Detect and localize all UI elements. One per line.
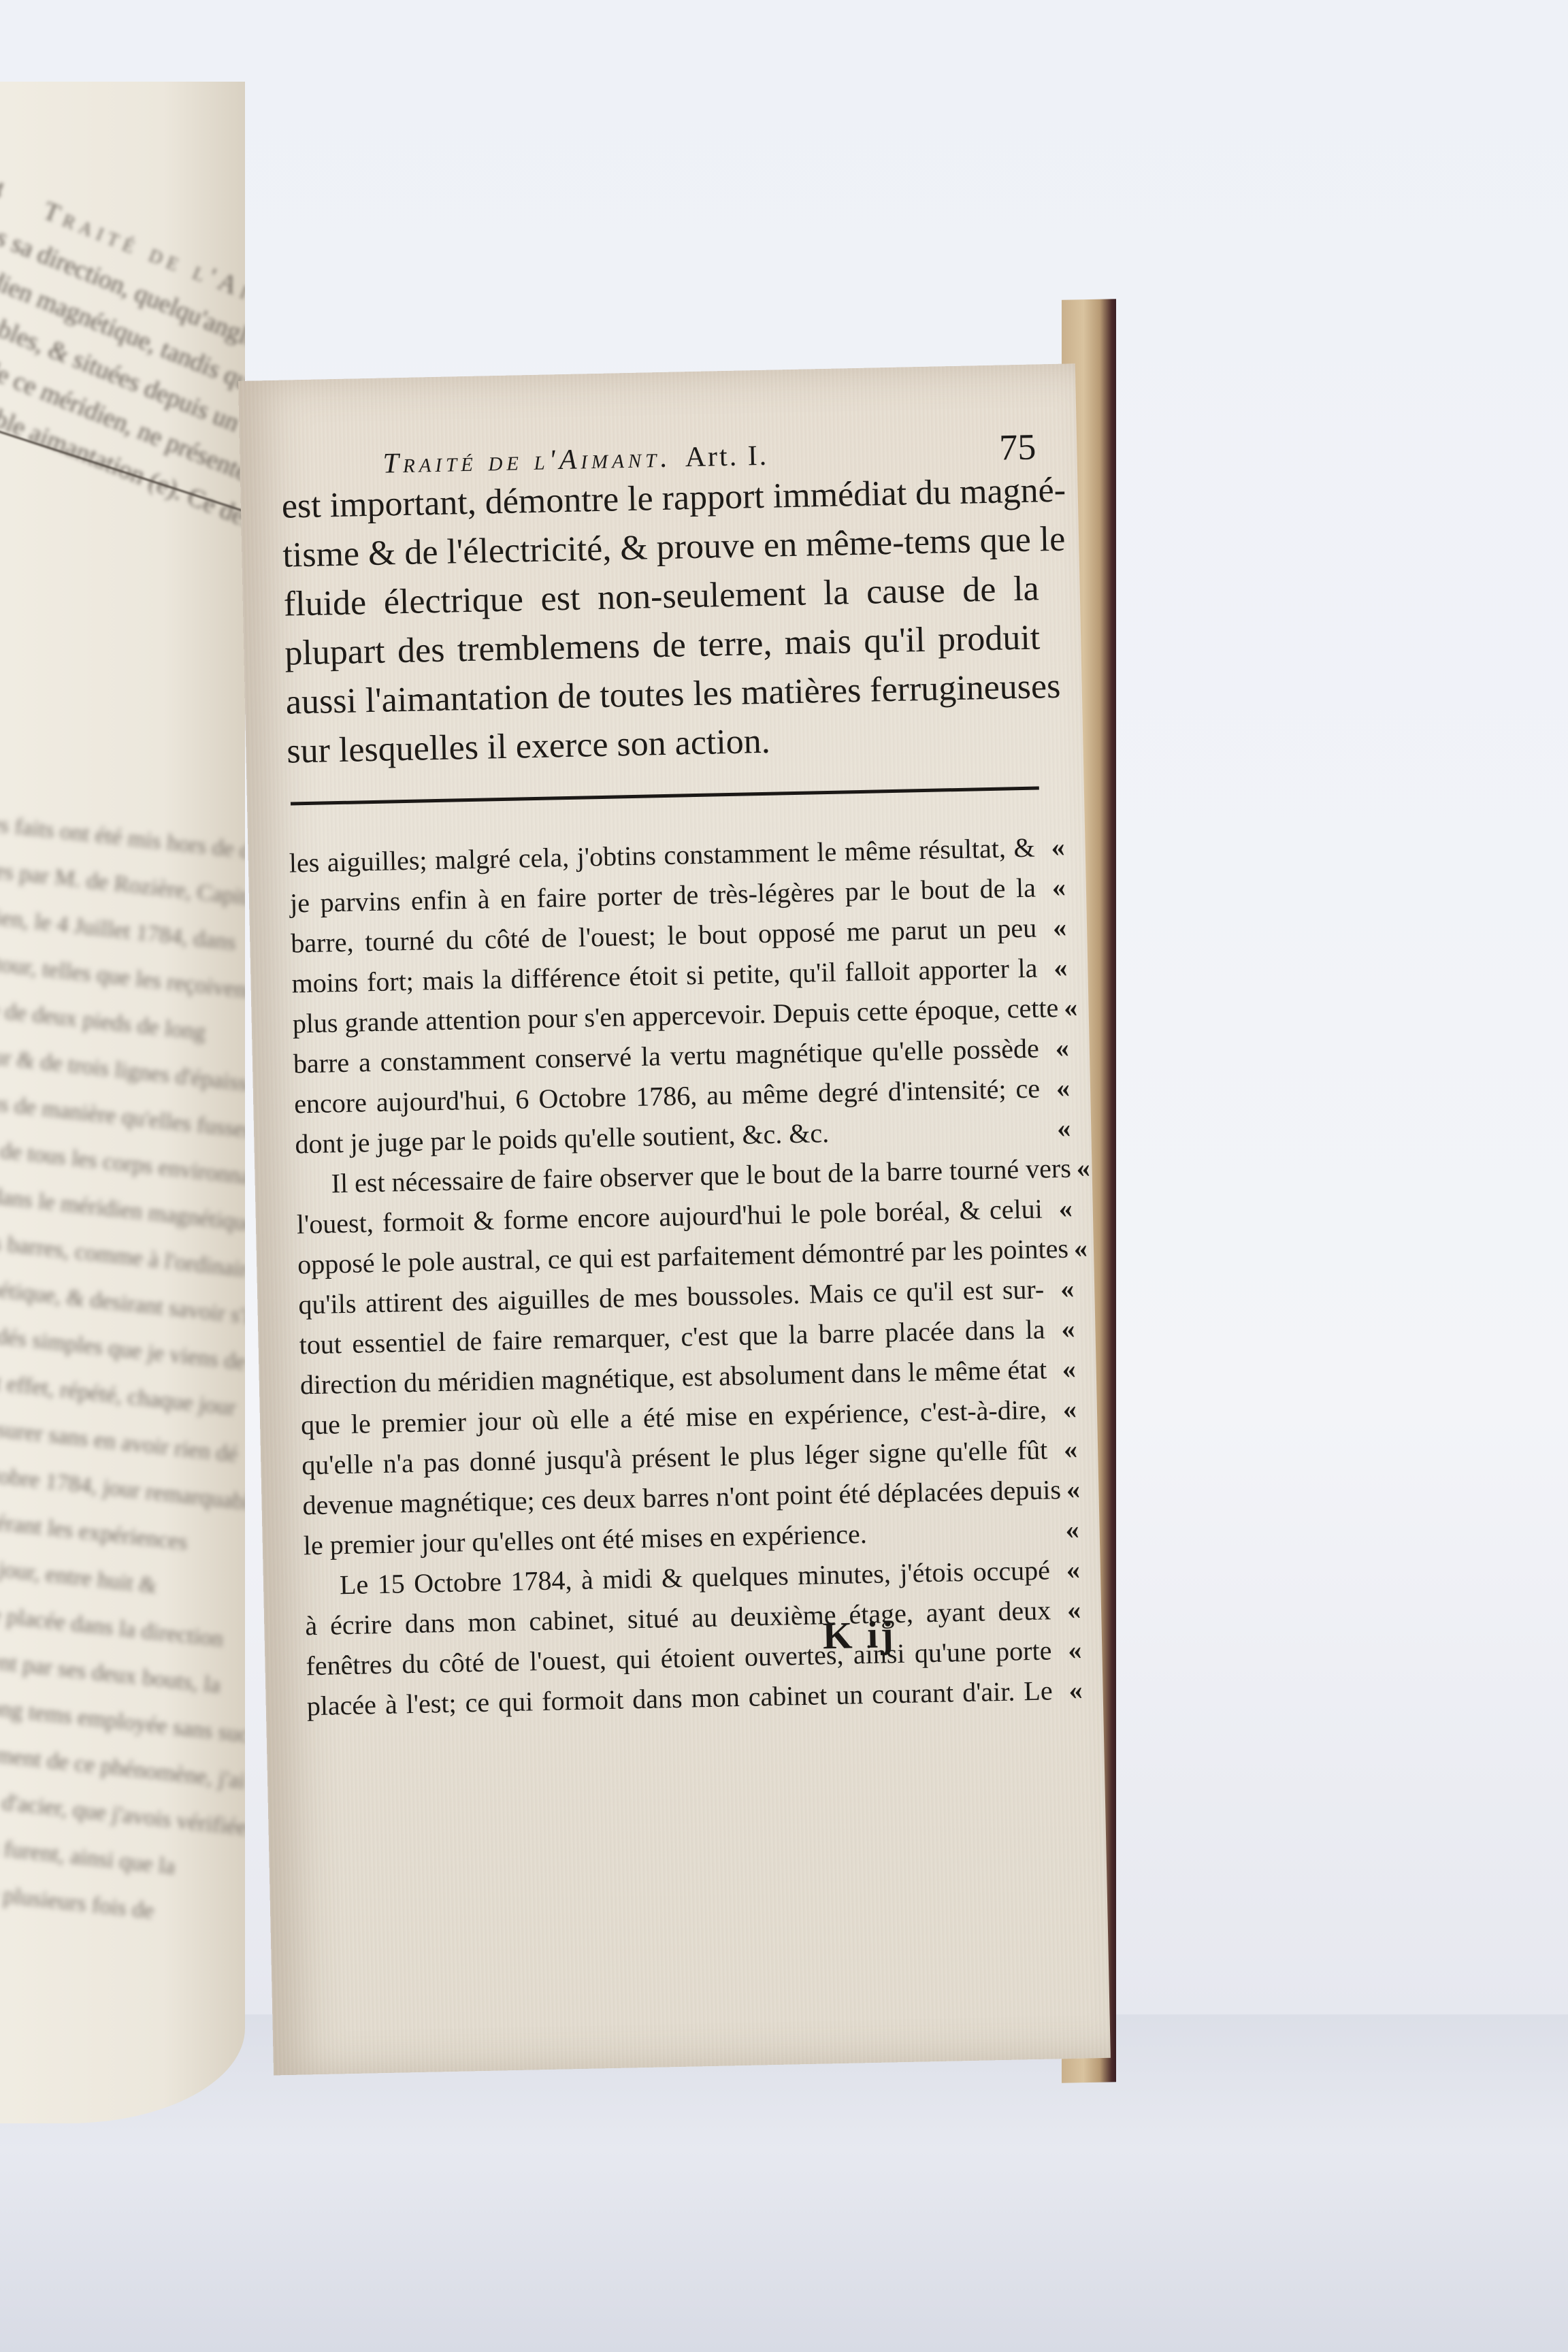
quote-mark: « [1052,1349,1077,1390]
quote-mark: « [1066,1469,1080,1509]
continued-paragraph: est important, démontre le rapport imméd… [281,466,1043,776]
quoted-footnote-block: les aiguilles; malgré cela, j'obtins con… [289,827,1083,1727]
quote-mark: « [1064,987,1078,1027]
quote-mark: « [1053,1429,1078,1470]
page-number: 75 [999,425,1036,468]
quote-mark: « [1056,1589,1081,1630]
quote-mark: « [1050,1309,1075,1350]
quote-mark: « [1054,1509,1079,1550]
signature-mark: K ij [822,1613,896,1658]
quote-mark: « [1055,1549,1080,1590]
verso-footnote-text: (e) Ces faits ont été mis hors de doute … [0,796,245,1972]
quote-mark: « [1058,1669,1083,1710]
quote-mark: « [1043,947,1068,988]
quote-mark: « [1046,1108,1071,1149]
quote-mark: « [1057,1629,1082,1670]
quote-mark: « [1073,1228,1088,1268]
verso-upper-text: 74 Traité de l'Aimant. Art. I. dans sa d… [0,163,245,704]
recto-page: Traité de l'Aimant. Art. I. 75 est impor… [238,363,1111,2075]
quote-mark: « [1044,1028,1069,1068]
quote-mark: « [1047,1188,1073,1229]
quote-mark: « [1041,907,1066,948]
quote-mark: « [1049,1269,1075,1309]
quote-mark: « [1045,1068,1070,1109]
quote-mark: « [1040,827,1065,868]
footnote-rule [291,786,1039,805]
quote-mark: « [1076,1147,1090,1188]
verso-page-number: 74 [0,169,7,206]
quote-mark: « [1051,1389,1077,1430]
quote-mark: « [1041,867,1066,908]
table-surface [0,2014,1568,2352]
article-label: Art. I. [685,440,768,474]
verso-page: 74 Traité de l'Aimant. Art. I. dans sa d… [0,82,245,2123]
